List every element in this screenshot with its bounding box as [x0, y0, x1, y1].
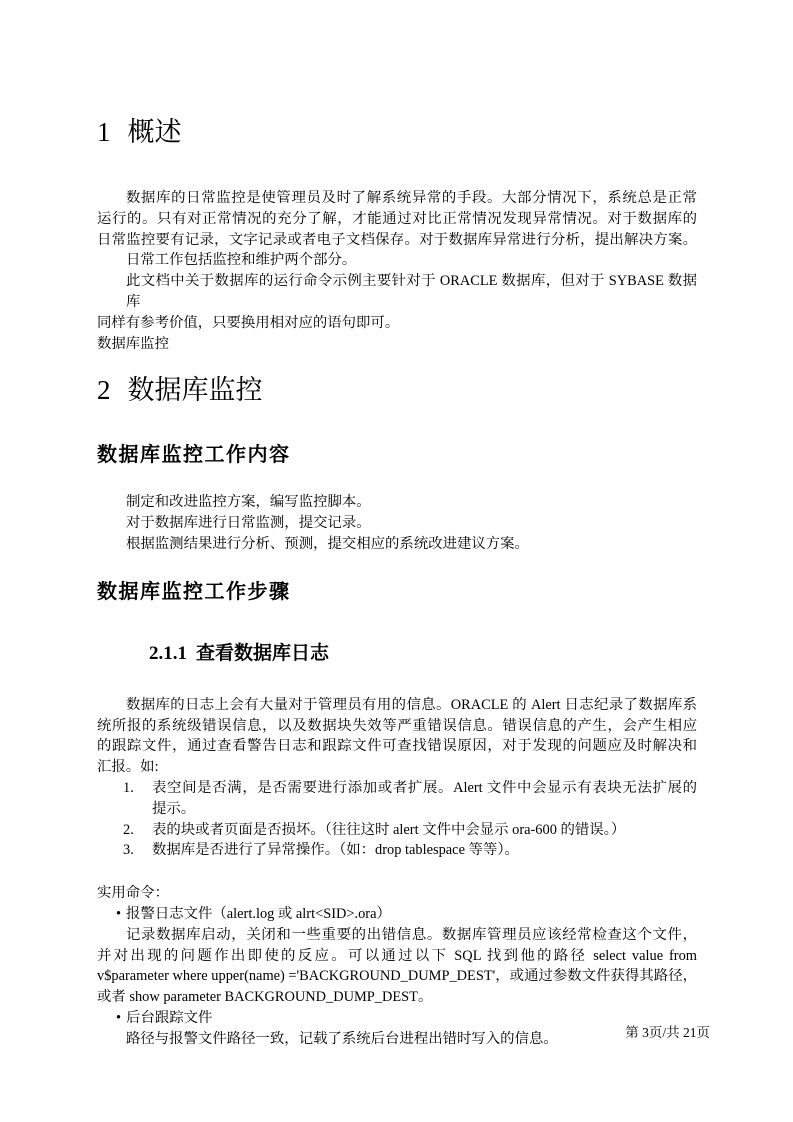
text-line: 统所报的系统级错误信息，以及数据块失效等严重错误信息。错误信息的产生，会产生相应: [97, 716, 697, 737]
text-line: 制定和改进监控方案，编写监控脚本。: [97, 492, 697, 513]
page-number-footer: 第 3页/共 21页: [625, 1024, 710, 1041]
chapter-2-number: 2: [97, 374, 111, 406]
bullet-item-label: 报警日志文件（alert.log 或 alrt<SID>.ora）: [126, 906, 391, 922]
list-item: 3. 数据库是否进行了异常操作。（如：drop tablespace 等等）。: [97, 840, 697, 861]
bullet-icon: •: [116, 906, 121, 922]
text-line: 表的块或者页面是否损坏。（往往这时 alert 文件中会显示 ora-600 的…: [152, 820, 697, 841]
text-line: 或者 show parameter BACKGROUND_DUMP_DEST。: [97, 987, 697, 1008]
bullet-item-label: 后台跟踪文件: [126, 1010, 212, 1026]
chapter-1-body: 数据库的日常监控是使管理员及时了解系统异常的手段。大部分情况下，系统总是正常 运…: [97, 188, 697, 354]
list-item-body: 表的块或者页面是否损坏。（往往这时 alert 文件中会显示 ora-600 的…: [152, 820, 697, 841]
text-line: 提示。: [152, 799, 697, 820]
text-line: 对于数据库进行日常监测，提交记录。: [97, 513, 697, 534]
numbered-list: 1. 表空间是否满，是否需要进行添加或者扩展。Alert 文件中会显示有表块无法…: [97, 778, 697, 861]
section-heading-content: 数据库监控工作内容: [97, 442, 697, 468]
commands-label: 实用命令：: [97, 883, 697, 904]
text-line: 日常工作包括监控和维护两个部分。: [97, 250, 697, 271]
text-line: 此文档中关于数据库的运行命令示例主要针对于 ORACLE 数据库，但对于 SYB…: [97, 271, 697, 313]
content-section-items: 制定和改进监控方案，编写监控脚本。 对于数据库进行日常监测，提交记录。 根据监测…: [97, 492, 697, 554]
document-page: { "document": { "chapter1": { "number": …: [0, 0, 793, 1122]
text-line: 路径与报警文件路径一致，记载了系统后台进程出错时写入的信息。: [97, 1029, 697, 1050]
list-item-number: 2.: [97, 820, 152, 841]
bullet-icon: •: [116, 1010, 121, 1026]
list-item-body: 表空间是否满，是否需要进行添加或者扩展。Alert 文件中会显示有表块无法扩展的…: [152, 778, 697, 820]
text-line: v$parameter where upper(name) ='BACKGROU…: [97, 966, 697, 987]
alert-log-paragraph: 记录数据库启动，关闭和一些重要的出错信息。数据库管理员应该经常检查这个文件， 并…: [97, 925, 697, 1008]
list-item-body: 数据库是否进行了异常操作。（如：drop tablespace 等等）。: [152, 840, 697, 861]
text-line: 并对出现的问题作出即使的反应。可以通过以下 SQL 找到他的路径 select …: [97, 946, 697, 967]
text-line: 运行的。只有对正常情况的充分了解，才能通过对比正常情况发现异常情况。对于数据库的: [97, 209, 697, 230]
text-line: 汇报。如:: [97, 757, 697, 778]
text-line: 数据库的日常监控是使管理员及时了解系统异常的手段。大部分情况下，系统总是正常: [97, 188, 697, 209]
text-line: 数据库监控: [97, 334, 697, 355]
list-item-number: 1.: [97, 778, 152, 820]
list-item: 1. 表空间是否满，是否需要进行添加或者扩展。Alert 文件中会显示有表块无法…: [97, 778, 697, 820]
bullet-item-alert-log: •报警日志文件（alert.log 或 alrt<SID>.ora）: [97, 904, 697, 925]
text-line: 日常监控要有记录，文字记录或者电子文档保存。对于数据库异常进行分析，提出解决方案…: [97, 230, 697, 251]
chapter-1-heading: 1概述: [97, 116, 697, 148]
text-line: 的跟踪文件，通过查看警告日志和跟踪文件可查找错误原因，对于发现的问题应及时解决和: [97, 736, 697, 757]
text-line: 根据监测结果进行分析、预测，提交相应的系统改进建议方案。: [97, 534, 697, 555]
section-heading-steps: 数据库监控工作步骤: [97, 579, 697, 605]
subsection-title: 查看数据库日志: [196, 643, 329, 664]
page-content: 1概述 数据库的日常监控是使管理员及时了解系统异常的手段。大部分情况下，系统总是…: [97, 0, 697, 1050]
text-line: 数据库的日志上会有大量对于管理员有用的信息。ORACLE 的 Alert 日志纪…: [97, 695, 697, 716]
chapter-1-title: 概述: [128, 117, 182, 147]
list-item: 2. 表的块或者页面是否损坏。（往往这时 alert 文件中会显示 ora-60…: [97, 820, 697, 841]
bullet-item-trace-file: •后台跟踪文件: [97, 1008, 697, 1029]
subsection-intro-paragraph: 数据库的日志上会有大量对于管理员有用的信息。ORACLE 的 Alert 日志纪…: [97, 695, 697, 778]
text-line: 数据库是否进行了异常操作。（如：drop tablespace 等等）。: [152, 840, 697, 861]
chapter-2-heading: 2数据库监控: [97, 374, 697, 406]
text-line: 表空间是否满，是否需要进行添加或者扩展。Alert 文件中会显示有表块无法扩展的: [152, 778, 697, 799]
chapter-1-number: 1: [97, 116, 111, 148]
text-line: 同样有参考价值，只要换用相对应的语句即可。: [97, 313, 697, 334]
text-line: 记录数据库启动，关闭和一些重要的出错信息。数据库管理员应该经常检查这个文件，: [97, 925, 697, 946]
list-item-number: 3.: [97, 840, 152, 861]
subsection-number: 2.1.1: [149, 641, 187, 667]
chapter-2-title: 数据库监控: [128, 375, 263, 405]
subsection-heading-211: 2.1.1查看数据库日志: [97, 641, 697, 667]
